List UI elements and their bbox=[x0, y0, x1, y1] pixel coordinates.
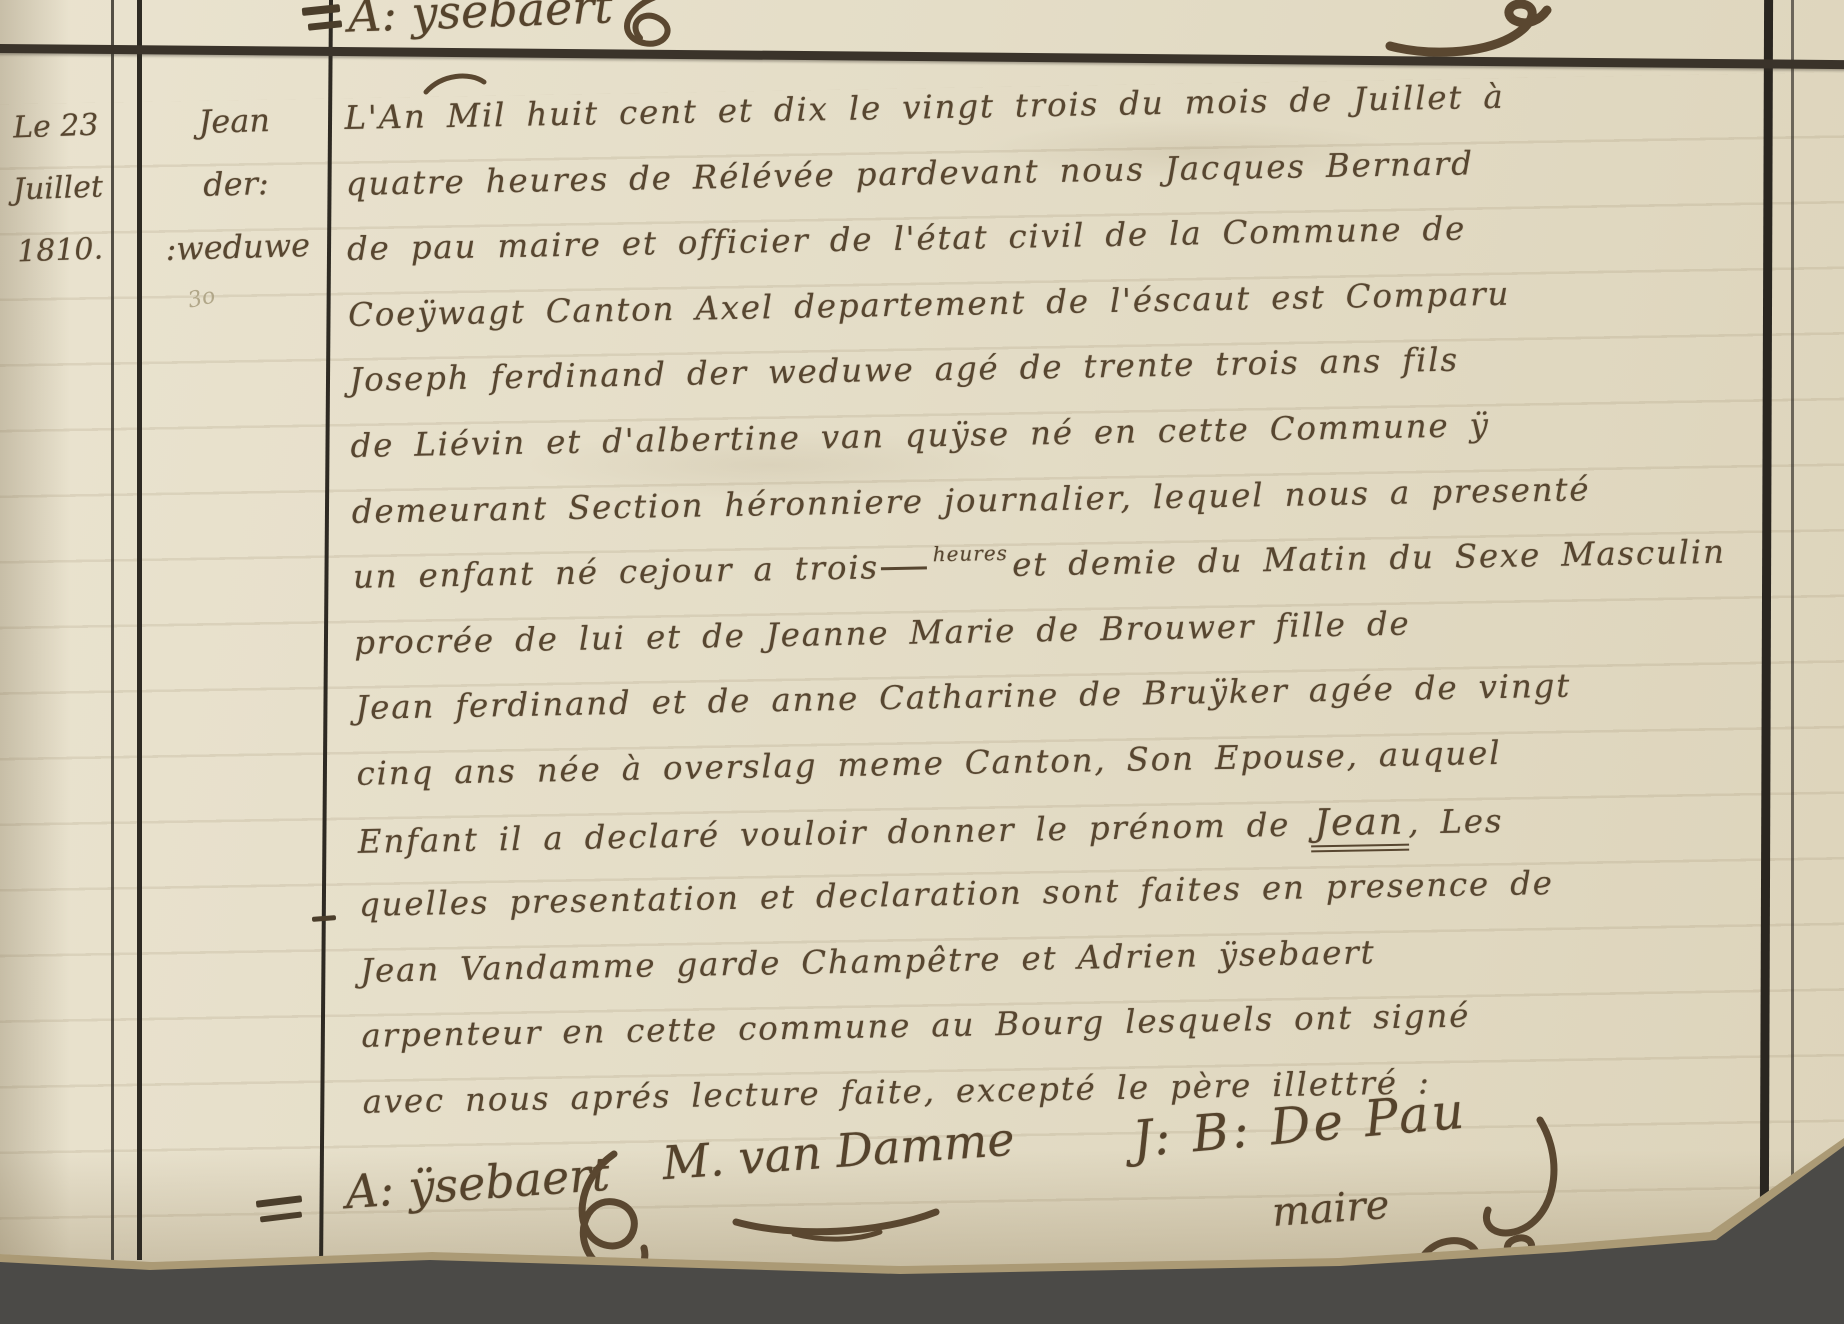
signature-flourish-icon bbox=[606, 0, 686, 52]
interlined-word: heures bbox=[932, 521, 1008, 588]
signature-underline-icon bbox=[730, 1204, 945, 1246]
signature-paraph-icon bbox=[556, 1146, 666, 1296]
signature-mayor-title: maire bbox=[1271, 1182, 1391, 1236]
act-line-pre: un enfant né cejour a trois bbox=[353, 548, 880, 596]
margin-name-column: Jean der: :weduwe bbox=[145, 88, 326, 282]
column-rule-right-outer bbox=[1791, 0, 1794, 1192]
margin-name-last: :weduwe bbox=[149, 214, 327, 282]
paraph-dash bbox=[302, 4, 341, 16]
act-line-post: , Les bbox=[1408, 801, 1504, 841]
paraph-dash bbox=[308, 20, 343, 31]
paper-sheet: A: ÿsebaert Le 23 Juillet 1810. Jean der… bbox=[0, 0, 1844, 1324]
margin-date-column: Le 23 Juillet 1810. bbox=[1, 94, 115, 284]
child-given-name: Jean bbox=[1310, 799, 1409, 852]
margin-date-day: Le 23 bbox=[1, 94, 111, 160]
margin-name-first: Jean bbox=[145, 88, 323, 156]
margin-date-year: 1810. bbox=[5, 218, 115, 284]
column-rule-left-inner bbox=[137, 0, 142, 1260]
page-corner-flourish-icon bbox=[1384, 0, 1559, 72]
struck-word bbox=[881, 567, 927, 571]
previous-entry-signature: A: ÿsebaert bbox=[347, 0, 613, 43]
act-line-post: et demie du Matin du Sexe Masculin bbox=[1012, 533, 1726, 584]
register-scan: A: ÿsebaert Le 23 Juillet 1810. Jean der… bbox=[0, 0, 1844, 1324]
margin-name-mid: der: bbox=[147, 151, 325, 219]
act-body: L'An Mil huit cent et dix le vingt trois… bbox=[344, 62, 1653, 1135]
act-line-pre: Enfant il a declaré vouloir donner le pr… bbox=[357, 805, 1310, 860]
margin-date-month: Juillet bbox=[3, 156, 113, 222]
